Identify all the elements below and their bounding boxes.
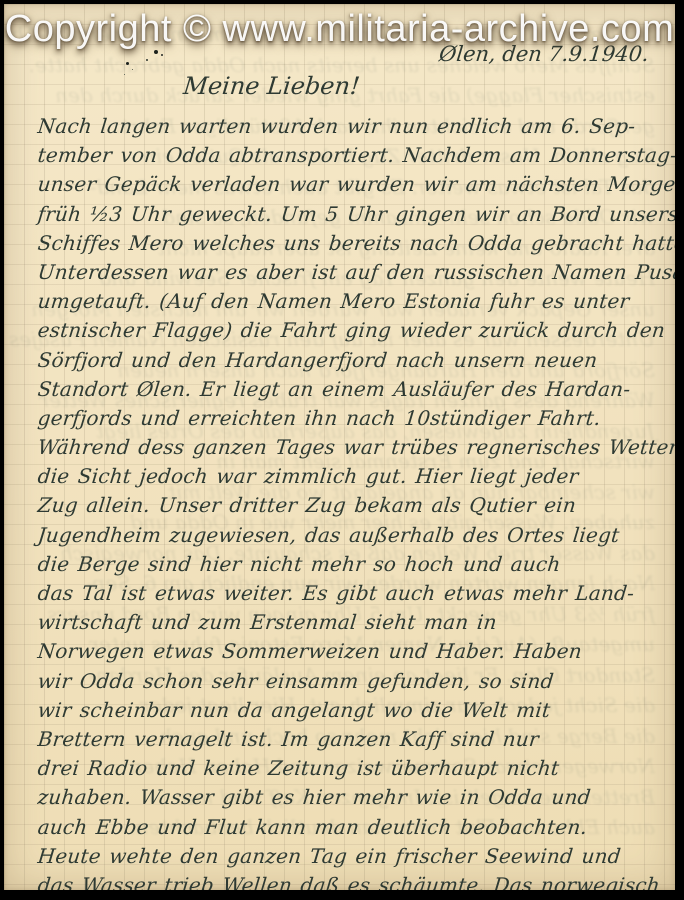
ink-blot: [126, 62, 129, 65]
letter-line: wir scheinbar nun da angelangt wo die We…: [36, 698, 670, 727]
letter-line: Nach langen warten wurden wir nun endlic…: [36, 114, 670, 143]
letter-line: Schiffes Mero welches uns bereits nach O…: [36, 231, 670, 260]
letter-salutation: Meine Lieben!: [182, 72, 361, 100]
letter-line: Heute wehte den ganzen Tag ein frischer …: [36, 844, 670, 873]
letter-line: früh ½3 Uhr geweckt. Um 5 Uhr gingen wir…: [36, 202, 670, 231]
letter-line: tember von Odda abtransportiert. Nachdem…: [36, 143, 670, 172]
copyright-watermark: Copyright © www.militaria-archive.com: [4, 8, 675, 51]
letter-line: estnischer Flagge) die Fahrt ging wieder…: [36, 318, 670, 347]
letter-line: zuhaben. Wasser gibt es hier mehr wie in…: [36, 785, 670, 814]
letter-line: Während dess ganzen Tages war trübes reg…: [36, 435, 670, 464]
letter-line: das Tal ist etwas weiter. Es gibt auch e…: [36, 581, 670, 610]
letter-line: gerfjords und erreichten ihn nach 10stün…: [36, 406, 670, 435]
letter-line: Standort Ølen. Er liegt an einem Ausläuf…: [36, 377, 670, 406]
letter-line: drei Radio und keine Zeitung ist überhau…: [36, 756, 670, 785]
letter-line: Jugendheim zugewiesen, das außerhalb des…: [36, 523, 670, 552]
letter-line: Zug allein. Unser dritter Zug bekam als …: [36, 493, 670, 522]
letter-line: auch Ebbe und Flut kann man deutlich beo…: [36, 815, 670, 844]
letter-line: Unterdessen war es aber ist auf den russ…: [36, 260, 670, 289]
letter-line: wirtschaft und zum Erstenmal sieht man i…: [36, 610, 670, 639]
letter-line: unser Gepäck verladen war wurden wir am …: [36, 172, 670, 201]
letter-line: das Wasser trieb Wellen daß es schäumte.…: [36, 873, 670, 890]
letter-page: tember von Odda abtransportiert. Nachdem…: [4, 4, 675, 890]
letter-line: wir Odda schon sehr einsamm gefunden, so…: [36, 669, 670, 698]
scan-frame: tember von Odda abtransportiert. Nachdem…: [0, 0, 684, 900]
letter-line: die Sicht jedoch war zimmlich gut. Hier …: [36, 464, 670, 493]
letter-line: die Berge sind hier nicht mehr so hoch u…: [36, 552, 670, 581]
letter-body: Nach langen warten wurden wir nun endlic…: [36, 114, 667, 890]
letter-line: Brettern vernagelt ist. Im ganzen Kaff s…: [36, 727, 670, 756]
letter-line: Norwegen etwas Sommerweizen und Haber. H…: [36, 639, 670, 668]
letter-line: umgetauft. (Auf den Namen Mero Estonia f…: [36, 289, 670, 318]
letter-line: Sörfjord und den Hardangerfjord nach uns…: [36, 348, 670, 377]
